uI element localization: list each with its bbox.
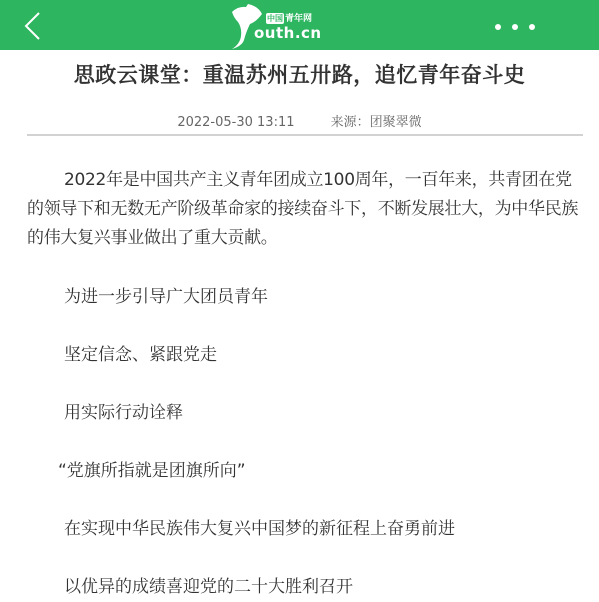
- body-line: 在实现中华民族伟大复兴中国梦的新征程上奋勇前进: [27, 515, 587, 544]
- publish-date: 2022-05-30 13:11: [177, 115, 294, 130]
- logo-chinese-text: 中国青年网: [266, 11, 312, 24]
- body-line: “党旗所指就是团旗所向”: [27, 457, 587, 486]
- article-body: 2022年是中国共产主义青年团成立100周年，一百年来，共青团在党的领导下和无数…: [27, 166, 587, 593]
- logo-badge: 中国: [266, 13, 284, 24]
- logo-cn-label: 青年网: [285, 14, 312, 24]
- header-divider: [27, 134, 583, 136]
- chevron-left-icon: [20, 10, 50, 42]
- logo-english-text: outh.cn: [254, 24, 322, 42]
- top-nav-bar: 中国青年网 outh.cn: [0, 0, 599, 50]
- dot-icon: [529, 24, 535, 30]
- back-button[interactable]: [20, 10, 50, 42]
- more-options-button[interactable]: [495, 20, 535, 34]
- article-source: 来源：团聚翠微: [331, 115, 422, 130]
- body-line: 为进一步引导广大团员青年: [27, 283, 587, 312]
- lead-paragraph: 2022年是中国共产主义青年团成立100周年，一百年来，共青团在党的领导下和无数…: [27, 166, 587, 253]
- body-line: 用实际行动诠释: [27, 399, 587, 428]
- article-title: 思政云课堂：重温苏州五卅路，追忆青年奋斗史: [0, 59, 599, 89]
- body-line: 以优异的成绩喜迎党的二十大胜利召开: [27, 573, 587, 593]
- dot-icon: [495, 24, 501, 30]
- body-line: 坚定信念、紧跟党走: [27, 341, 587, 370]
- youth-cn-logo[interactable]: 中国青年网 outh.cn: [228, 2, 348, 50]
- article-meta: 2022-05-30 13:11 来源：团聚翠微: [0, 111, 599, 130]
- dot-icon: [512, 24, 518, 30]
